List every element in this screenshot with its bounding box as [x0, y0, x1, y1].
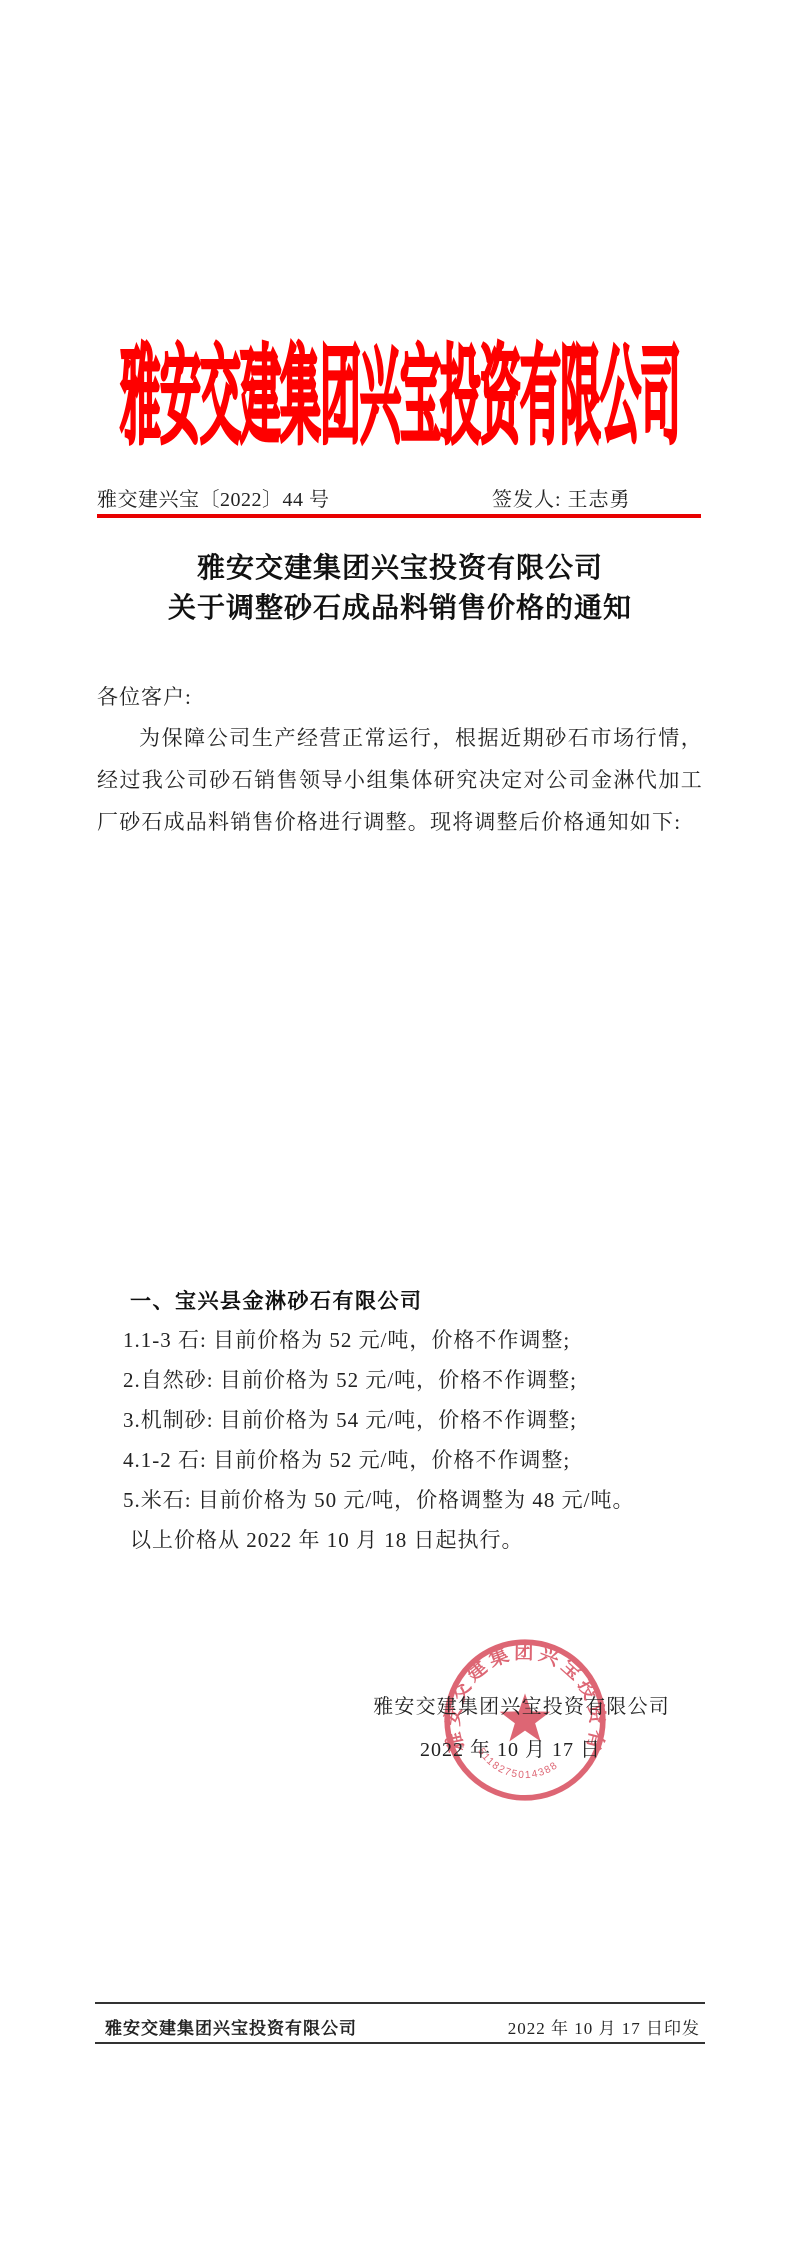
price-item: 4.1-2 石: 目前价格为 52 元/吨，价格不作调整;: [123, 1440, 703, 1480]
red-divider-rule: [97, 514, 701, 518]
body-paragraph: 为保障公司生产经营正常运行，根据近期砂石市场行情，经过我公司砂石销售领导小组集体…: [97, 717, 703, 843]
document-page: 雅安交建集团兴宝投资有限公司 雅交建兴宝〔2022〕44 号 签发人: 王志勇 …: [0, 0, 800, 2263]
section-heading: 一、宝兴县金淋砂石有限公司: [130, 1285, 423, 1315]
price-list: 1.1-3 石: 目前价格为 52 元/吨，价格不作调整; 2.自然砂: 目前价…: [123, 1320, 703, 1520]
footer-issue-date: 2022 年 10 月 17 日印发: [508, 2014, 700, 2039]
price-item: 5.米石: 目前价格为 50 元/吨，价格调整为 48 元/吨。: [123, 1480, 703, 1520]
signature-date: 2022 年 10 月 17 日: [420, 1733, 601, 1762]
document-title-line2: 关于调整砂石成品料销售价格的通知: [0, 589, 800, 629]
letterhead-company-name: 雅安交建集团兴宝投资有限公司: [120, 310, 680, 463]
company-seal-stamp: 雅安交建集团兴宝投资有限公司 5118275014388: [441, 1636, 609, 1804]
footer-top-rule: [95, 2002, 705, 2004]
price-item: 3.机制砂: 目前价格为 54 元/吨，价格不作调整;: [123, 1400, 703, 1440]
document-title-line1: 雅安交建集团兴宝投资有限公司: [0, 549, 800, 589]
footer-company: 雅安交建集团兴宝投资有限公司: [105, 2014, 357, 2039]
footer-bottom-rule: [95, 2042, 705, 2044]
signature-company: 雅安交建集团兴宝投资有限公司: [373, 1690, 670, 1719]
salutation: 各位客户:: [97, 681, 192, 711]
document-number: 雅交建兴宝〔2022〕44 号: [97, 483, 330, 512]
effective-date-note: 以上价格从 2022 年 10 月 18 日起执行。: [130, 1520, 524, 1560]
price-item: 2.自然砂: 目前价格为 52 元/吨，价格不作调整;: [123, 1360, 703, 1400]
price-item: 1.1-3 石: 目前价格为 52 元/吨，价格不作调整;: [123, 1320, 703, 1360]
letterhead-banner: 雅安交建集团兴宝投资有限公司: [0, 330, 800, 444]
document-title: 雅安交建集团兴宝投资有限公司 关于调整砂石成品料销售价格的通知: [0, 549, 800, 629]
signer-name: 签发人: 王志勇: [492, 483, 631, 512]
